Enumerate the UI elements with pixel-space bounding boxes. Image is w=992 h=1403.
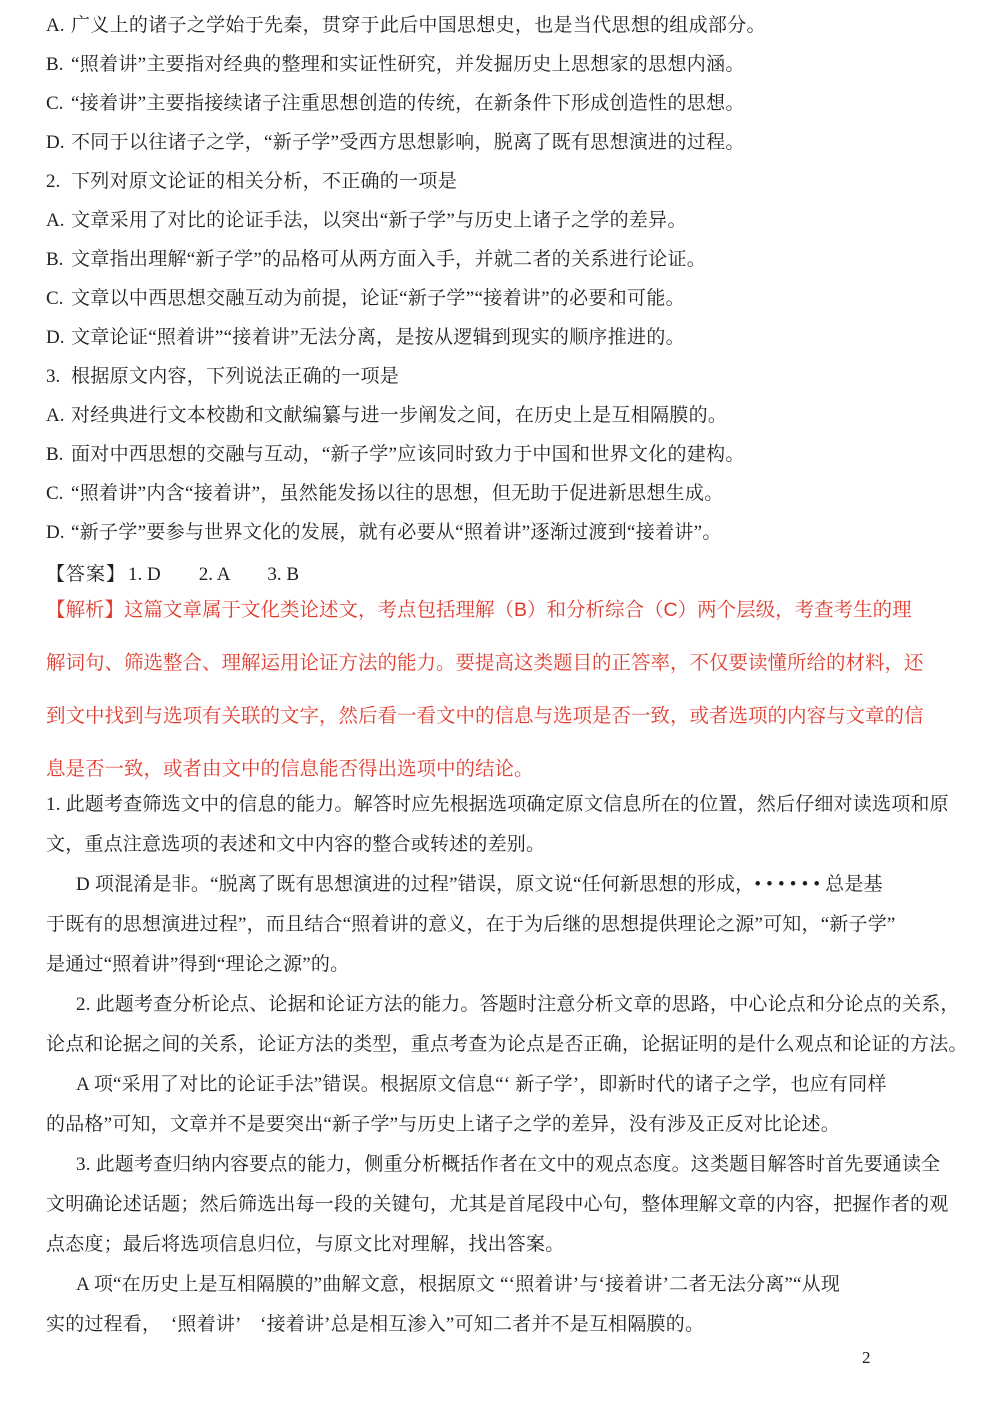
answer-values: 1. D 2. A 3. B [128, 564, 299, 585]
option-label: 3. [46, 357, 71, 396]
explanation-line: 2. 此题考查分析论点、论据和论证方法的能力。答题时注意分析文章的思路，中心论点… [46, 985, 982, 1025]
option-label: B. [46, 45, 71, 84]
explanation-line: 点态度；最后将选项信息归位，与原文比对理解，找出答案。 [46, 1225, 982, 1265]
option-text: 对经典进行文本校勘和文献编纂与进一步阐发之间，在历史上是互相隔膜的。 [71, 405, 727, 426]
explanation-line: 3. 此题考查归纳内容要点的能力，侧重分析概括作者在文中的观点态度。这类题目解答… [46, 1145, 982, 1185]
explanation-line: 是通过“照着讲”得到“理论之源”的。 [46, 945, 982, 985]
question-line: D.“新子学”要参与世界文化的发展，就有必要从“照着讲”逐渐过渡到“接着讲”。 [46, 513, 982, 552]
explanation-line: 的品格”可知，文章并不是要突出“新子学”与历史上诸子之学的差异，没有涉及正反对比… [46, 1105, 982, 1145]
option-label: A. [46, 6, 71, 45]
page-number: 2 [862, 1348, 871, 1368]
analysis-line: 【解析】这篇文章属于文化类论述文，考点包括理解（B）和分析综合（C）两个层级，考… [46, 584, 982, 637]
option-text: 文章指出理解“新子学”的品格可从两方面入手，并就二者的关系进行论证。 [71, 249, 706, 270]
option-text: 根据原文内容，下列说法正确的一项是 [71, 366, 399, 387]
option-label: C. [46, 84, 71, 123]
analysis-block: 【解析】这篇文章属于文化类论述文，考点包括理解（B）和分析综合（C）两个层级，考… [46, 584, 982, 796]
question-line: C.文章以中西思想交融互动为前提，论证“新子学”“接着讲”的必要和可能。 [46, 279, 982, 318]
option-text: 广义上的诸子之学始于先秦，贯穿于此后中国思想史，也是当代思想的组成部分。 [71, 15, 766, 36]
analysis-line: 到文中找到与选项有关联的文字，然后看一看文中的信息与选项是否一致，或者选项的内容… [46, 690, 982, 743]
question-line: A.文章采用了对比的论证手法，以突出“新子学”与历史上诸子之学的差异。 [46, 201, 982, 240]
option-label: C. [46, 474, 71, 513]
document-page: { "colors": { "body_text": "#1f1f1f", "a… [0, 0, 992, 1403]
explanation-line: 于既有的思想演进过程”，而且结合“照着讲的意义，在于为后继的思想提供理论之源”可… [46, 905, 982, 945]
option-text: 下列对原文论证的相关分析，不正确的一项是 [71, 171, 457, 192]
option-text: 不同于以往诸子之学，“新子学”受西方思想影响，脱离了既有思想演进的过程。 [71, 132, 745, 153]
explanation-line: 文，重点注意选项的表述和文中内容的整合或转述的差别。 [46, 825, 982, 865]
question-line: B.文章指出理解“新子学”的品格可从两方面入手，并就二者的关系进行论证。 [46, 240, 982, 279]
question-line: 3.根据原文内容，下列说法正确的一项是 [46, 357, 982, 396]
question-line: C.“接着讲”主要指接续诸子注重思想创造的传统，在新条件下形成创造性的思想。 [46, 84, 982, 123]
question-line: D.文章论证“照着讲”“接着讲”无法分离，是按从逻辑到现实的顺序推进的。 [46, 318, 982, 357]
option-label: A. [46, 201, 71, 240]
explanation-block: 1. 此题考查筛选文中的信息的能力。解答时应先根据选项确定原文信息所在的位置，然… [46, 785, 982, 1345]
option-label: D. [46, 123, 71, 162]
option-text: “新子学”要参与世界文化的发展，就有必要从“照着讲”逐渐过渡到“接着讲”。 [71, 522, 722, 543]
answer-label: 【答案】 [46, 564, 126, 585]
option-text: 文章以中西思想交融互动为前提，论证“新子学”“接着讲”的必要和可能。 [71, 288, 685, 309]
question-block: A.广义上的诸子之学始于先秦，贯穿于此后中国思想史，也是当代思想的组成部分。B.… [46, 6, 982, 552]
explanation-line: D 项混淆是非。“脱离了既有思想演进的过程”错误，原文说“任何新思想的形成，• … [46, 865, 982, 905]
question-line: A.广义上的诸子之学始于先秦，贯穿于此后中国思想史，也是当代思想的组成部分。 [46, 6, 982, 45]
explanation-line: 1. 此题考查筛选文中的信息的能力。解答时应先根据选项确定原文信息所在的位置，然… [46, 785, 982, 825]
option-text: “照着讲”主要指对经典的整理和实证性研究，并发掘历史上思想家的思想内涵。 [71, 54, 745, 75]
explanation-line: 论点和论据之间的关系，论证方法的类型，重点考查为论点是否正确，论据证明的是什么观… [46, 1025, 982, 1065]
option-text: 面对中西思想的交融与互动，“新子学”应该同时致力于中国和世界文化的建构。 [71, 444, 745, 465]
option-text: 文章采用了对比的论证手法，以突出“新子学”与历史上诸子之学的差异。 [71, 210, 687, 231]
question-line: 2.下列对原文论证的相关分析，不正确的一项是 [46, 162, 982, 201]
option-label: 2. [46, 162, 71, 201]
explanation-line: A 项“采用了对比的论证手法”错误。根据原文信息“‘ 新子学’，即新时代的诸子之… [46, 1065, 982, 1105]
question-line: C.“照着讲”内含“接着讲”，虽然能发扬以往的思想，但无助于促进新思想生成。 [46, 474, 982, 513]
option-label: C. [46, 279, 71, 318]
option-label: D. [46, 513, 71, 552]
question-line: A.对经典进行文本校勘和文献编纂与进一步阐发之间，在历史上是互相隔膜的。 [46, 396, 982, 435]
question-line: B.“照着讲”主要指对经典的整理和实证性研究，并发掘历史上思想家的思想内涵。 [46, 45, 982, 84]
option-text: “接着讲”主要指接续诸子注重思想创造的传统，在新条件下形成创造性的思想。 [71, 93, 745, 114]
explanation-line: 文明确论述话题；然后筛选出每一段的关键句，尤其是首尾段中心句，整体理解文章的内容… [46, 1185, 982, 1225]
question-line: D.不同于以往诸子之学，“新子学”受西方思想影响，脱离了既有思想演进的过程。 [46, 123, 982, 162]
explanation-line: A 项“在历史上是互相隔膜的”曲解文意，根据原文 “‘照着讲’与‘接着讲’二者无… [46, 1265, 982, 1305]
question-line: B.面对中西思想的交融与互动，“新子学”应该同时致力于中国和世界文化的建构。 [46, 435, 982, 474]
option-text: “照着讲”内含“接着讲”，虽然能发扬以往的思想，但无助于促进新思想生成。 [71, 483, 724, 504]
analysis-line: 解词句、筛选整合、理解运用论证方法的能力。要提高这类题目的正答率，不仅要读懂所给… [46, 637, 982, 690]
explanation-line: 实的过程看， ‘照着讲’ ‘接着讲’总是相互渗入”可知二者并不是互相隔膜的。 [46, 1305, 982, 1345]
option-text: 文章论证“照着讲”“接着讲”无法分离，是按从逻辑到现实的顺序推进的。 [71, 327, 685, 348]
option-label: B. [46, 435, 71, 474]
option-label: A. [46, 396, 71, 435]
option-label: D. [46, 318, 71, 357]
option-label: B. [46, 240, 71, 279]
